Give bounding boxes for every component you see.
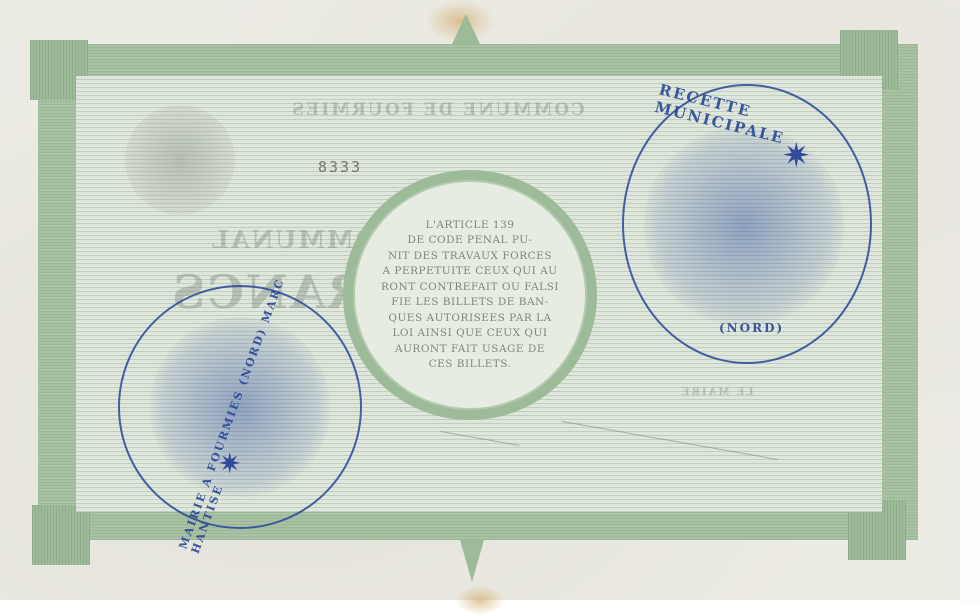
medallion-line: RONT CONTREFAIT OU FALSI	[381, 280, 559, 296]
stamp-recette-municipale: RECETTE MUNICIPALE (NORD) ✷	[622, 84, 872, 364]
serial-number: 8333	[318, 158, 362, 176]
medallion-text-area: L'ARTICLE 139DE CODE PENAL PU-NIT DES TR…	[353, 180, 587, 410]
medallion-line: FIE LES BILLETS DE BAN-	[391, 295, 549, 311]
medallion-line: A PERPETUITE CEUX QUI AU	[382, 264, 557, 280]
corner-ornament-bl	[32, 505, 90, 565]
penal-warning-medallion: L'ARTICLE 139DE CODE PENAL PU-NIT DES TR…	[343, 170, 597, 420]
stain-bottom	[455, 585, 505, 604]
medallion-line: QUES AUTORISEES PAR LA	[388, 311, 551, 327]
stamp-emblem	[644, 126, 844, 326]
stamp-bottom-text: (NORD)	[719, 321, 784, 335]
banknote: COMMUNE DE FOURMIES BON COMMUNAL DEUX FR…	[0, 0, 960, 600]
stamp-mairie-fourmies: MAIRIE A FOURMIES (NORD) MARC HANTISE ✷	[118, 285, 362, 529]
star-icon: ✷	[218, 447, 241, 480]
medallion-line: NIT DES TRAVAUX FORCES	[388, 249, 552, 265]
medallion-line: LOI AINSI QUE CEUX QUI	[392, 326, 547, 342]
medallion-line: DE CODE PENAL PU-	[408, 233, 533, 249]
crown-ornament	[452, 14, 480, 44]
fan-ornament	[460, 540, 484, 582]
header-bleedthrough: COMMUNE DE FOURMIES	[290, 100, 585, 120]
medallion-line: L'ARTICLE 139	[426, 218, 515, 234]
star-icon: ✷	[782, 136, 811, 176]
scan-edge	[960, 0, 980, 604]
crest-bleedthrough	[125, 105, 235, 215]
medallion-line: AURONT FAIT USAGE DE	[395, 342, 545, 358]
medallion-line: CES BILLETS.	[429, 357, 512, 373]
signature-label-bleedthrough: LE MAIRE	[680, 387, 754, 398]
